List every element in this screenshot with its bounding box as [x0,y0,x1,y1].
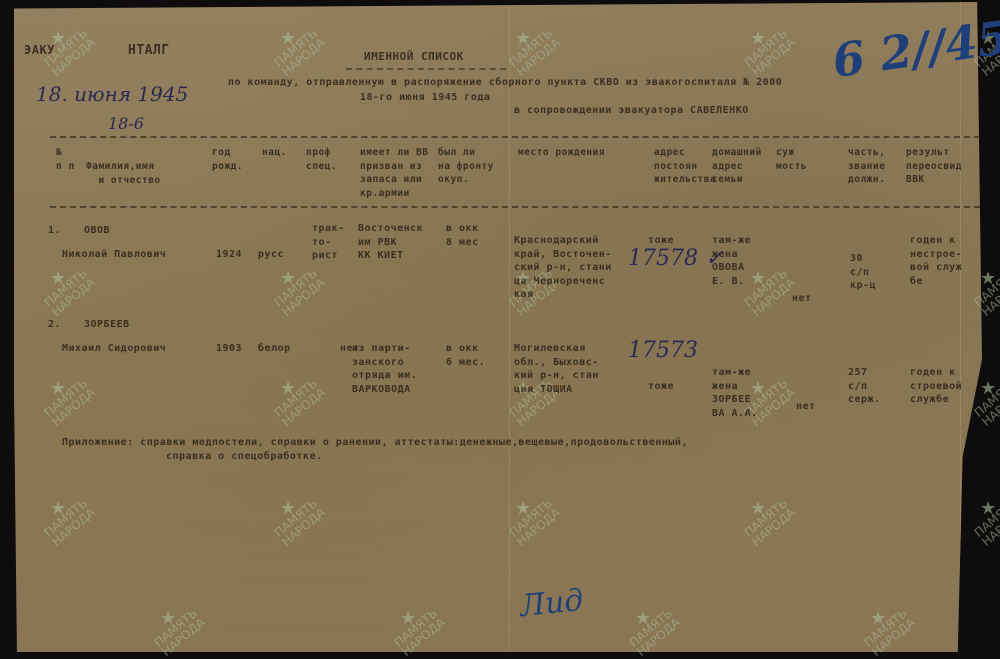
column-header: суж мость [776,146,807,173]
divider [50,136,980,138]
column-header: часть, звание должн. [848,146,885,187]
signature: Лид [518,583,585,624]
cell-birthplace: Краснодарский край, Восточен- ский р-н, … [514,234,612,302]
column-header: домашний адрес семьи [712,146,762,187]
column-header: год рожд. [212,146,243,173]
cell-result: годен к строевой службе [910,366,962,407]
handwritten-date: 18. июня 1945 [36,82,188,106]
archive-number: 17573 [628,338,698,363]
column-header: был ли на фронту окуп. [438,146,494,187]
divider [50,206,980,208]
cell-address: тоже [648,380,674,394]
document-subtitle-line2: 18-го июня 1945 года [360,91,490,105]
cell-unit: 30 с/п кр-ц [850,252,876,293]
column-header: имеет ли ВВ призван из запаса или кр.арм… [360,146,428,200]
cell-front: в окк 6 мес. [446,342,485,369]
document-title: ИМЕННОЙ СПИСОК [364,50,464,64]
column-header: результ переосвид ВВК [906,146,962,187]
column-header: место рождения [518,146,605,160]
footnote-line1: Приложение: справки медпостели, справки … [62,436,688,450]
cell-unit: 257 с/п серж. [848,366,881,407]
cell-nat: белор [258,342,291,356]
fold-line [509,2,510,652]
cell-name: Михаил Сидорович [62,342,166,356]
column-header: № п п [56,146,75,173]
cell-name: Николай Павлович [62,248,166,262]
cell-surname: ЗОРБЕЕВ [84,318,130,332]
title-underline [346,68,506,70]
cell-surname: ОВОВ [84,224,110,238]
stamp-right: НТАЛГ [128,44,170,58]
column-header: нац. [262,146,287,160]
footnote-line2: справка о спецобработке. [166,450,323,464]
cell-year: 1903 [216,342,242,356]
cell-conv: нет [796,400,816,414]
fold-line [960,2,961,652]
document-subtitle-line1: по команду, отправленную в распоряжение … [228,76,782,90]
cell-year: 1924 [216,248,242,262]
cell-called: Восточенск им РВК КК КИЕТ [358,222,423,263]
cell-nat: русс [258,248,284,262]
document-subtitle-line3: в сопровождении эвакуатора САВЕЛЕНКО [514,104,749,118]
stamp-left: ЭАКУ [24,44,55,58]
cell-front: в окк 8 мес [446,222,479,249]
cell-prof: трак- то- рист [312,222,345,263]
cell-result: годен к нестрое- вой служ бе [910,234,962,288]
cell-family: там-же жена ЗОРБЕЕ ВА А.А. [712,366,758,420]
cell-called: из парти- занского отряда им. ВАРКОВОДА [352,342,417,396]
handwritten-note: 18-6 [108,114,144,133]
cell-num: 2. [48,318,61,332]
cell-num: 1. [48,224,61,238]
watermark: ★ПАМЯТЬНАРОДА [964,488,1000,549]
column-header: адрес постоян жительства [654,146,716,187]
cell-birthplace: Могилевская обл., Быховс- кий р-н, стан … [514,342,599,396]
column-header: проф спец. [306,146,337,173]
archive-number: 17578 ✓ [628,246,723,271]
cell-conv: нет [792,292,812,306]
column-header: Фамилия,имя и отчество [86,160,161,187]
